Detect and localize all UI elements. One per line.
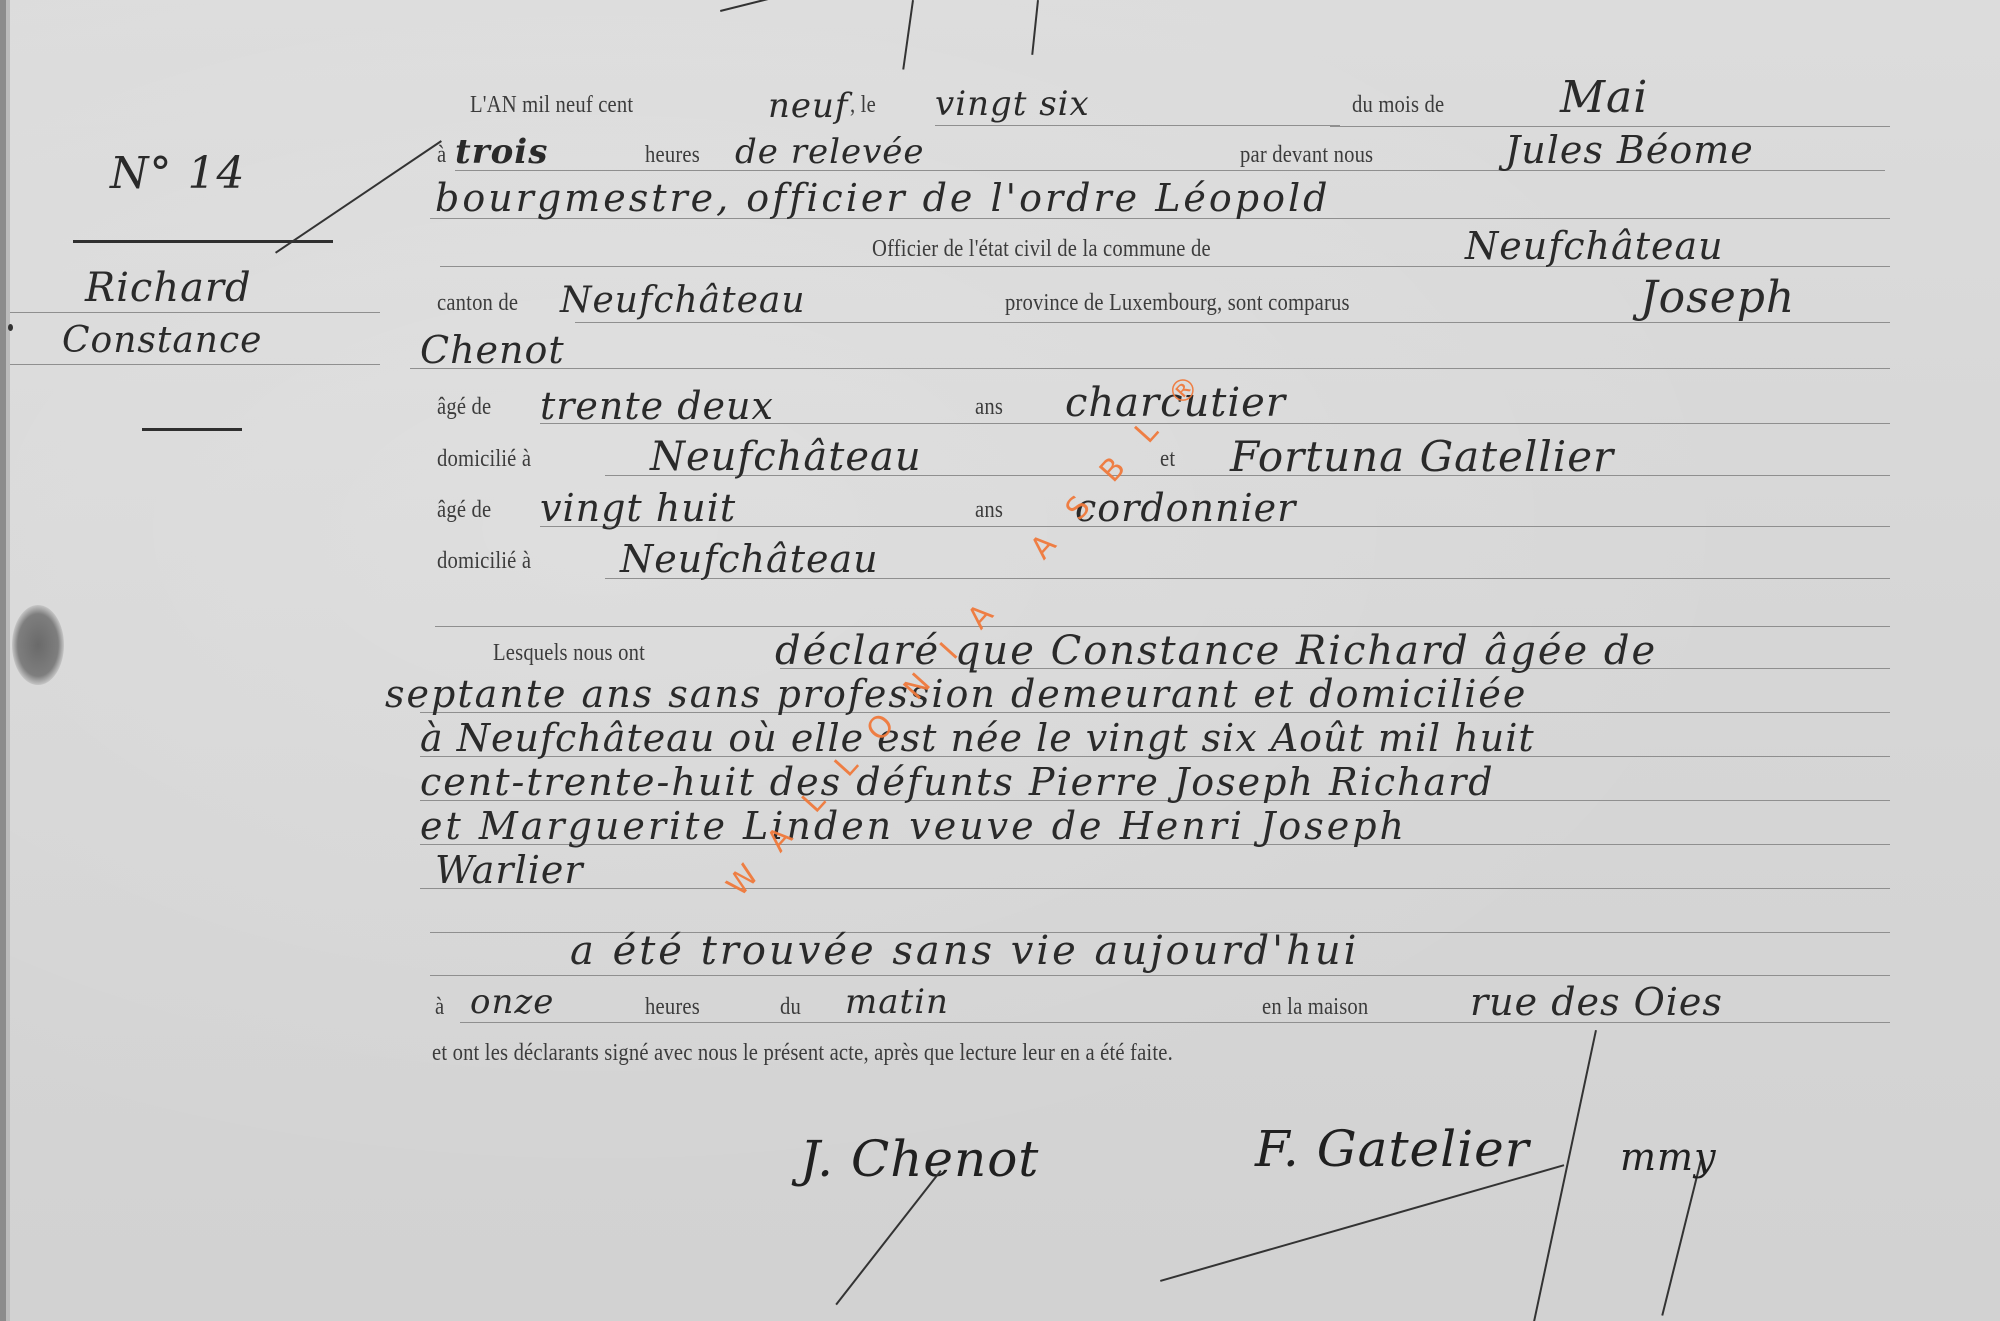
handwritten-hour: trois — [455, 132, 548, 172]
printed-text: heures — [645, 142, 700, 169]
printed-text: , le — [850, 92, 876, 119]
printed-text: Lesquels nous ont — [493, 640, 645, 667]
handwritten-period: de relevée — [735, 132, 925, 172]
printed-text: heures — [645, 994, 700, 1021]
signature-declarant2: F. Gatelier — [1255, 1120, 1530, 1178]
rule — [935, 125, 1340, 126]
handwritten-commune: Neufchâteau — [1465, 224, 1724, 268]
margin-given-name: Constance — [62, 320, 262, 361]
handwritten-declarant1-firstname: Joseph — [1640, 272, 1795, 323]
officer-signature-stroke — [1661, 1160, 1702, 1316]
handwritten-officer-name: Jules Béome — [1505, 128, 1754, 172]
printed-text: et — [1160, 446, 1175, 473]
pen-stroke — [720, 0, 827, 12]
handwritten-period-found: matin — [845, 982, 949, 1022]
rule — [10, 312, 380, 313]
handwritten-declarant2-age: vingt huit — [540, 486, 736, 530]
handwritten-hour-found: onze — [470, 982, 554, 1022]
printed-text: ans — [975, 497, 1003, 524]
handwritten-canton: Neufchâteau — [560, 280, 806, 321]
handwritten-house-address: rue des Oies — [1470, 980, 1723, 1024]
handwritten-month: Mai — [1560, 72, 1648, 123]
handwritten-day: vingt six — [935, 84, 1090, 124]
rule — [410, 368, 1890, 369]
ink-stain — [12, 605, 64, 685]
printed-text: par devant nous — [1240, 142, 1373, 169]
rule — [430, 975, 1890, 976]
printed-text: domicilié à — [437, 446, 531, 473]
binding-edge-shadow — [6, 0, 10, 1321]
handwritten-declarant1-age: trente deux — [540, 384, 774, 428]
printed-text: âgé de — [437, 497, 491, 524]
margin-separator — [142, 428, 242, 431]
signature-declarant1: J. Chenot — [800, 1130, 1039, 1188]
printed-text: à — [435, 994, 444, 1021]
handwritten-officer-title: bourgmestre, officier de l'ordre Léopold — [435, 176, 1330, 220]
rule — [1330, 126, 1890, 127]
handwritten-declaration: déclaré que Constance Richard âgée de — [775, 628, 1657, 674]
register-page: N° 14 Richard Constance L'AN mil neuf ce… — [0, 0, 2000, 1321]
printed-text: du mois de — [1352, 92, 1444, 119]
signature-flourish — [835, 1170, 941, 1305]
handwritten-declaration: Warlier — [435, 848, 584, 892]
printed-text: L'AN mil neuf cent — [470, 92, 633, 119]
pen-stroke — [902, 0, 914, 70]
printed-text: à — [437, 142, 446, 169]
officer-signature-stroke — [1533, 1030, 1597, 1321]
handwritten-declarant2-name: Fortuna Gatellier — [1230, 432, 1614, 481]
margin-surname: Richard — [85, 265, 252, 311]
printed-text: du — [780, 994, 801, 1021]
printed-text: Officier de l'état civil de la commune d… — [872, 236, 1211, 263]
handwritten-year: neuf — [768, 86, 849, 126]
rule — [420, 888, 1890, 889]
printed-text: ans — [975, 394, 1003, 421]
printed-text: âgé de — [437, 394, 491, 421]
pen-stroke — [1031, 0, 1039, 55]
handwritten-declaration: septante ans sans profession demeurant e… — [385, 672, 1527, 716]
handwritten-declaration: cent-trente-huit des défunts Pierre Jose… — [420, 760, 1495, 804]
printed-text: domicilié à — [437, 548, 531, 575]
printed-text: en la maison — [1262, 994, 1368, 1021]
printed-text: province de Luxembourg, sont comparus — [1005, 290, 1350, 317]
handwritten-declarant1-surname: Chenot — [420, 328, 565, 372]
rule — [435, 626, 1890, 627]
printed-text: canton de — [437, 290, 518, 317]
handwritten-declarant2-residence: Neufchâteau — [620, 537, 879, 581]
printed-closing: et ont les déclarants signé avec nous le… — [432, 1040, 1173, 1067]
signature-flourish — [1160, 1164, 1564, 1282]
handwritten-found-dead: a été trouvée sans vie aujourd'hui — [570, 928, 1359, 974]
rule — [10, 364, 380, 365]
entry-number: N° 14 — [110, 148, 245, 199]
handwritten-declaration: à Neufchâteau où elle est née le vingt s… — [420, 716, 1535, 760]
handwritten-declarant1-residence: Neufchâteau — [650, 434, 922, 480]
signature-officer-paraphe: mmy — [1620, 1135, 1717, 1179]
ink-dot — [8, 324, 13, 331]
handwritten-declaration: et Marguerite Linden veuve de Henri Jose… — [420, 804, 1407, 848]
bracket-stroke — [275, 140, 442, 253]
